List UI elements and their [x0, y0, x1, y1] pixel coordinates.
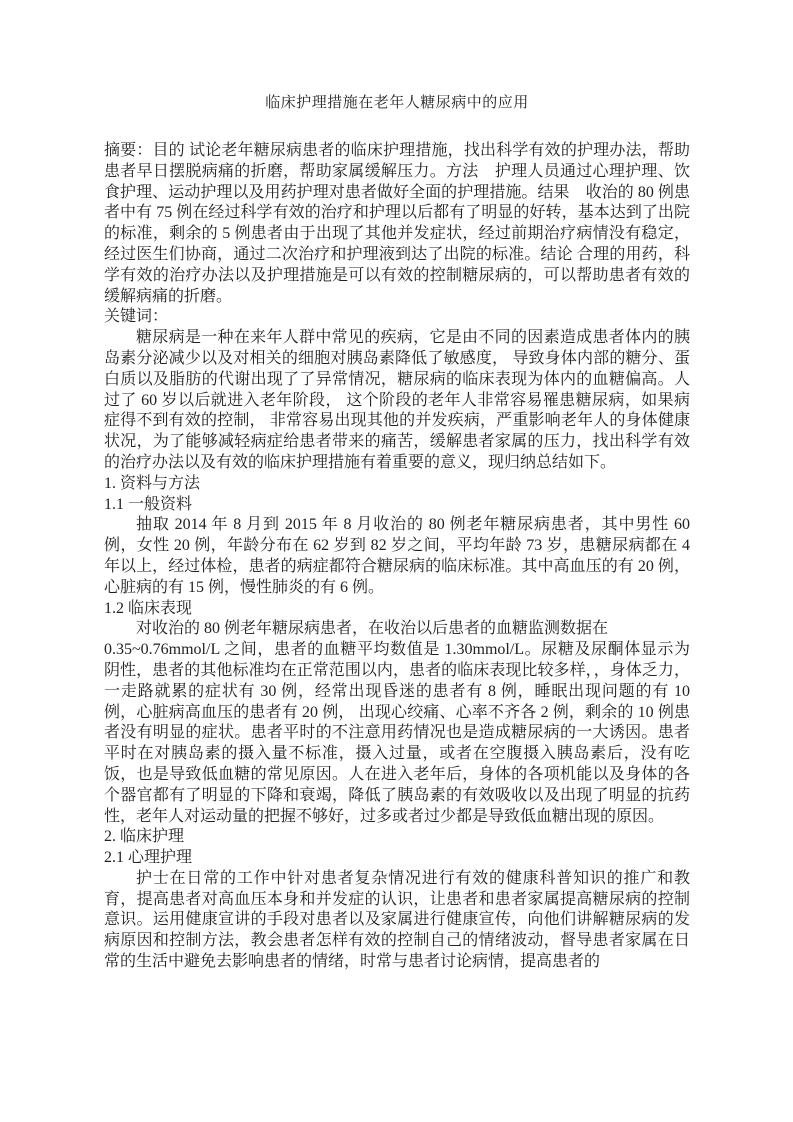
abstract-paragraph: 摘要：目的 试论老年糖尿病患者的临床护理措施，找出科学有效的护理办法，帮助患者早…: [104, 141, 690, 307]
document-page: 临床护理措施在老年人糖尿病中的应用 摘要：目的 试论老年糖尿病患者的临床护理措施…: [0, 0, 793, 1122]
section-heading-clinical-nursing: 2. 临床护理: [104, 827, 690, 848]
document-content: 临床护理措施在老年人糖尿病中的应用 摘要：目的 试论老年糖尿病患者的临床护理措施…: [104, 93, 690, 973]
page-title: 临床护理措施在老年人糖尿病中的应用: [104, 93, 690, 114]
subsection-heading-clinical-signs: 1.2 临床表现: [104, 599, 690, 620]
psychological-care-paragraph: 护士在日常的工作中针对患者复杂情况进行有效的健康科普知识的推广和教育，提高患者对…: [104, 869, 690, 973]
introduction-paragraph: 糖尿病是一种在来年人群中常见的疾病，它是由不同的因素造成患者体内的胰岛素分泌减少…: [104, 328, 690, 474]
clinical-signs-line-1: 对收治的 80 例老年糖尿病患者，在收治以后患者的血糖监测数据在: [136, 620, 608, 637]
subsection-heading-psychological-care: 2.1 心理护理: [104, 848, 690, 869]
keywords-label: 关键词：: [104, 307, 690, 328]
clinical-signs-continuation: 0.35~0.76mmol/L 之间，患者的血糖平均数值是 1.30mmol/L…: [104, 641, 690, 824]
general-data-paragraph: 抽取 2014 年 8 月到 2015 年 8 月收治的 80 例老年糖尿病患者…: [104, 515, 690, 598]
subsection-heading-general-data: 1.1 一般资料: [104, 495, 690, 516]
clinical-signs-paragraph: 对收治的 80 例老年糖尿病患者，在收治以后患者的血糖监测数据在0.35~0.7…: [104, 619, 690, 827]
section-heading-materials-methods: 1. 资料与方法: [104, 474, 690, 495]
